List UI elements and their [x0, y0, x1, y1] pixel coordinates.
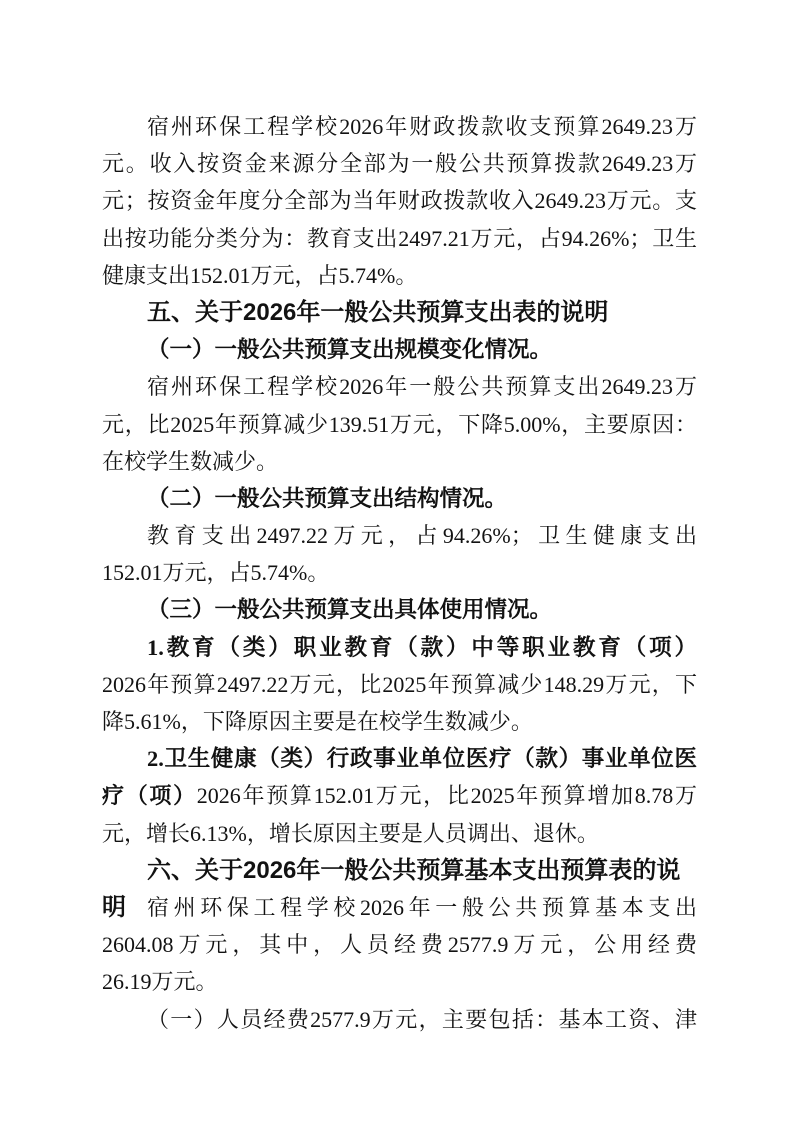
paragraph-line: 降5.61%，下降原因主要是在校学生数减少。 [102, 703, 697, 740]
paragraph-line: 152.01万元，占5.74%。 [102, 554, 697, 591]
item-2-continuation-line: 疗（项）2026年预算152.01万元，比2025年预算增加8.78万 [102, 777, 697, 814]
paragraph-line: 健康支出152.01万元，占5.74%。 [102, 257, 697, 294]
heading-subsection-2: （二）一般公共预算支出结构情况。 [102, 480, 697, 517]
paragraph-line: （一）人员经费2577.9万元，主要包括：基本工资、津 [102, 1001, 697, 1038]
paragraph-line: 2604.08万元，其中，人员经费2577.9万元，公用经费 [102, 926, 697, 963]
heading-subsection-1: （一）一般公共预算支出规模变化情况。 [102, 331, 697, 368]
paragraph-line: 元，增长6.13%，增长原因主要是人员调出、退休。 [102, 815, 697, 852]
paragraph-line: 教育支出2497.22万元，占94.26%；卫生健康支出 [102, 517, 697, 554]
paragraph-line: 宿州环保工程学校2026年财政拨款收支预算2649.23万 [102, 108, 697, 145]
item-2-heading-run: 疗（项） [102, 783, 197, 808]
heading-section-five: 五、关于2026年一般公共预算支出表的说明 [102, 294, 697, 331]
paragraph-line: 元。收入按资金来源分全部为一般公共预算拨款2649.23万 [102, 145, 697, 182]
paragraph-line: 26.19万元。 [102, 963, 697, 1000]
paragraph-line: 宿州环保工程学校2026年一般公共预算基本支出 [102, 889, 697, 926]
item-2-body-run: 2026年预算152.01万元，比2025年预算增加8.78万 [197, 783, 697, 808]
paragraph-line: 元，比2025年预算减少139.51万元，下降5.00%，主要原因： [102, 406, 697, 443]
item-1-heading-line: 1.教育（类）职业教育（款）中等职业教育（项） [102, 629, 697, 666]
paragraph-line: 2026年预算2497.22万元，比2025年预算减少148.29万元，下 [102, 666, 697, 703]
paragraph-line: 宿州环保工程学校2026年一般公共预算支出2649.23万 [102, 368, 697, 405]
paragraph-line: 元；按资金年度分全部为当年财政拨款收入2649.23万元。支 [102, 182, 697, 219]
item-2-heading-line: 2.卫生健康（类）行政事业单位医疗（款）事业单位医 [102, 740, 697, 777]
document-viewport: { "page": { "background_color": "#ffffff… [0, 0, 793, 1122]
paragraph-line: 在校学生数减少。 [102, 443, 697, 480]
heading-section-six: 六、关于2026年一般公共预算基本支出预算表的说明 [102, 852, 697, 889]
paragraph-line: 出按功能分类分为：教育支出2497.21万元，占94.26%；卫生 [102, 220, 697, 257]
heading-subsection-3: （三）一般公共预算支出具体使用情况。 [102, 591, 697, 628]
document-page: 宿州环保工程学校2026年财政拨款收支预算2649.23万 元。收入按资金来源分… [0, 0, 793, 1122]
